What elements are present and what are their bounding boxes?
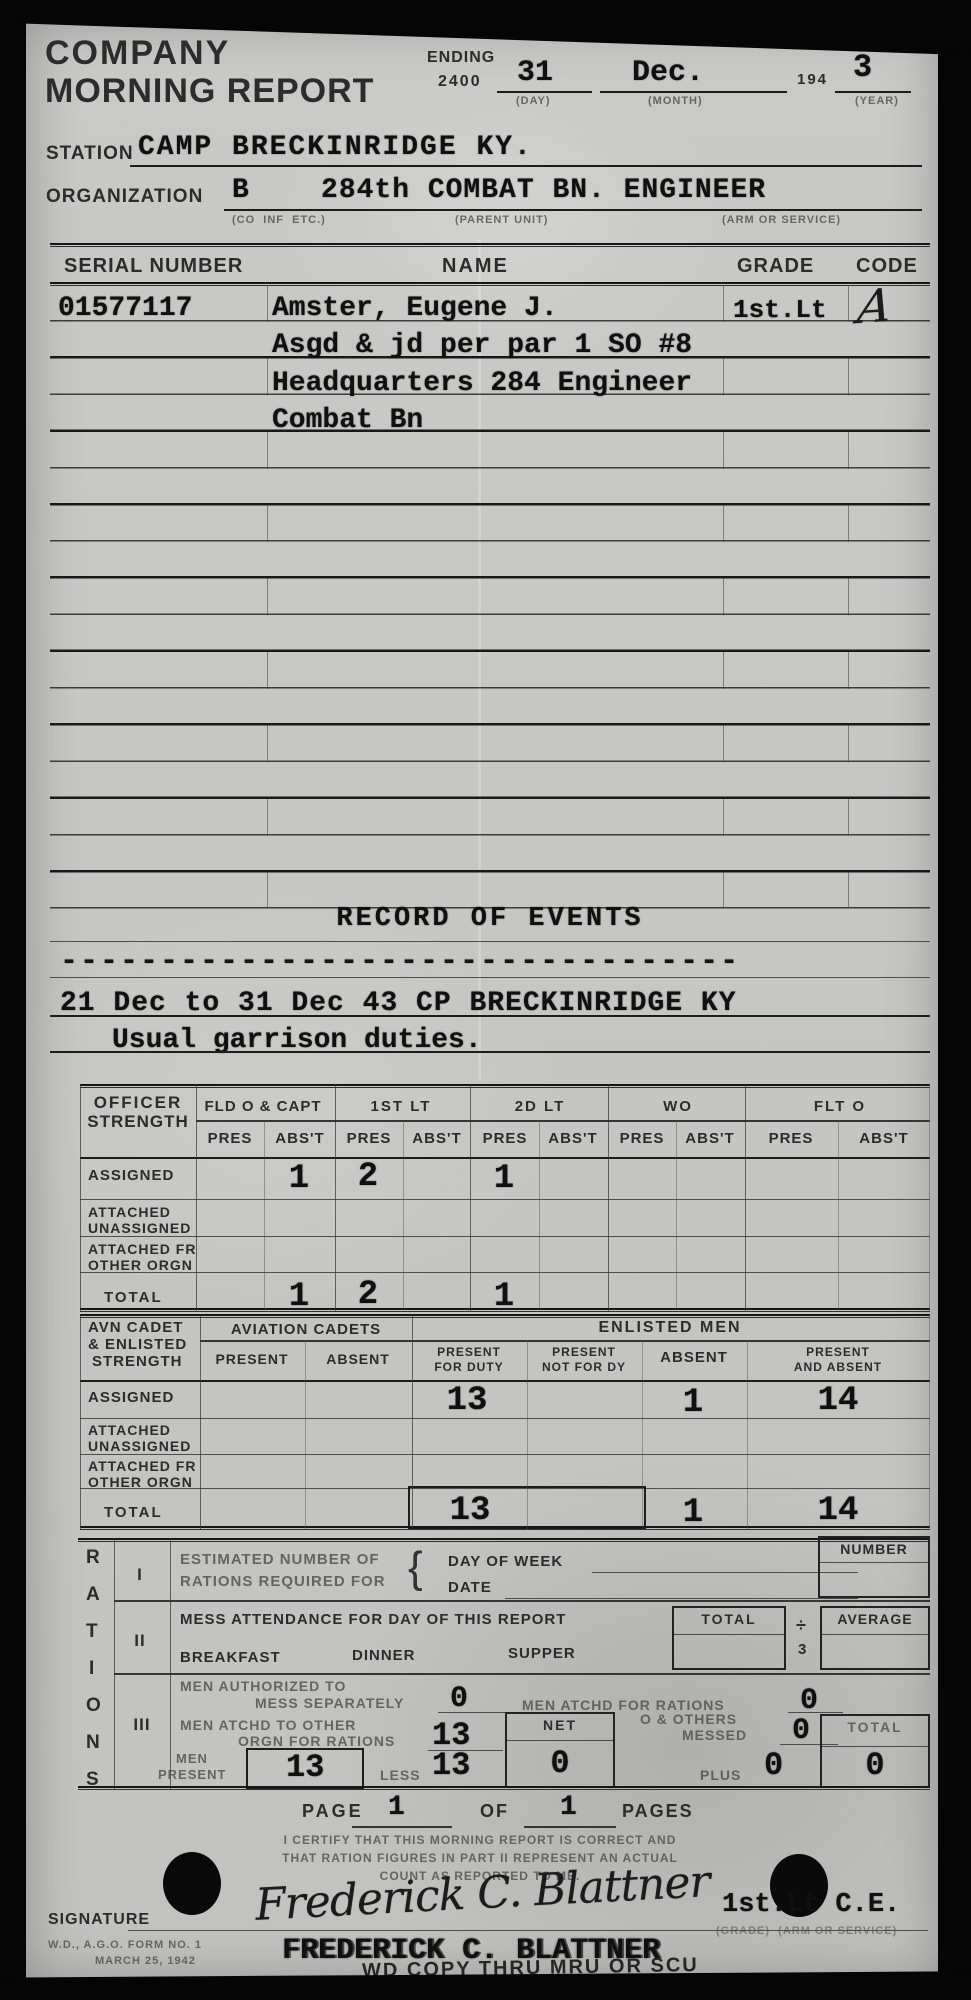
less-label: LESS bbox=[380, 1768, 421, 1782]
rule bbox=[80, 1526, 930, 1530]
rule bbox=[80, 1308, 930, 1312]
officer-total-1lt-pres: 2 bbox=[358, 1278, 378, 1312]
org-sub-company: (CO INF ETC.) bbox=[232, 215, 326, 226]
enlisted-assigned-pa: 14 bbox=[818, 1384, 859, 1418]
breakfast-label: BREAKFAST bbox=[180, 1650, 281, 1665]
rule bbox=[745, 1084, 746, 1312]
plus-value: 0 bbox=[764, 1750, 783, 1782]
rule bbox=[114, 1673, 930, 1675]
rule bbox=[80, 1454, 930, 1455]
enlisted-total-absent: 1 bbox=[683, 1496, 703, 1530]
enlisted-col-pfd-1: PRESENT bbox=[437, 1346, 501, 1358]
rule bbox=[130, 165, 922, 167]
rule bbox=[50, 243, 930, 247]
enlisted-total-pfd: 13 bbox=[450, 1494, 491, 1528]
officer-subcol-abst: ABS'T bbox=[275, 1131, 324, 1146]
rations-letter-i: I bbox=[89, 1659, 95, 1678]
dinner-label: DINNER bbox=[352, 1648, 416, 1663]
officer-subcol-pres: PRES bbox=[483, 1131, 528, 1146]
rule bbox=[80, 1314, 930, 1318]
rule bbox=[412, 1314, 413, 1530]
roster-code-handwritten: A bbox=[855, 282, 893, 330]
rations-part2-numeral: II bbox=[134, 1632, 145, 1649]
rations-letter-o: O bbox=[86, 1696, 102, 1715]
officer-group-2d-lt: 2D LT bbox=[515, 1099, 566, 1114]
events-typed-divider: ---------------------------------- bbox=[60, 947, 740, 977]
day-of-week-label: DAY OF WEEK bbox=[448, 1554, 563, 1569]
morning-report-scan: COMPANY MORNING REPORT ENDING 2400 31 (D… bbox=[0, 0, 971, 2000]
plus-label: PLUS bbox=[700, 1768, 741, 1782]
officer-subcol-abst: ABS'T bbox=[859, 1131, 908, 1146]
officer-row-attached-unassigned-1: ATTACHED bbox=[88, 1205, 171, 1219]
rule bbox=[50, 1015, 930, 1017]
rule bbox=[264, 1120, 265, 1312]
officer-group-flt-o: FLT O bbox=[814, 1099, 866, 1114]
rule bbox=[114, 1538, 115, 1790]
rule bbox=[642, 1340, 643, 1530]
roster-divider-serial bbox=[267, 285, 268, 907]
roster-remark-line1: Asgd & jd per par 1 SO #8 bbox=[272, 332, 692, 360]
page-label: PAGE bbox=[302, 1802, 364, 1820]
rule bbox=[50, 977, 930, 978]
rule bbox=[80, 1084, 930, 1088]
rule bbox=[524, 1826, 616, 1828]
form-id-line1: W.D., A.G.O. FORM NO. 1 bbox=[48, 1940, 202, 1951]
officer-subcol-pres: PRES bbox=[208, 1131, 253, 1146]
rule bbox=[820, 1562, 928, 1563]
officer-row-attached-fr-2: OTHER ORGN bbox=[88, 1258, 193, 1272]
rule bbox=[470, 1084, 471, 1312]
enlisted-col-pnfd-1: PRESENT bbox=[552, 1346, 616, 1358]
grade-arm-sub-label: (GRADE) (ARM OR SERVICE) bbox=[716, 1926, 897, 1937]
rule bbox=[78, 1786, 930, 1790]
form-title-line1: COMPANY bbox=[45, 36, 230, 70]
signer-grade-value: 1st.Lt C.E. bbox=[722, 1892, 900, 1919]
men-atchd-other-line2: ORGN FOR RATIONS bbox=[238, 1734, 395, 1748]
rule bbox=[80, 1418, 930, 1419]
roster-col-name: NAME bbox=[442, 256, 509, 276]
men-atchd-rations-label: MEN ATCHD FOR RATIONS bbox=[522, 1698, 725, 1712]
enlisted-group-enlisted-men: ENLISTED MEN bbox=[598, 1320, 741, 1336]
date-label: DATE bbox=[448, 1580, 492, 1595]
men-atchd-other-line1: MEN ATCHD TO OTHER bbox=[180, 1718, 356, 1732]
rule bbox=[80, 1199, 930, 1200]
officer-assigned-1lt-pres: 2 bbox=[358, 1160, 378, 1194]
enlisted-assigned-pfd: 13 bbox=[447, 1384, 488, 1418]
rule bbox=[196, 1120, 930, 1122]
enlisted-col-pa-1: PRESENT bbox=[806, 1346, 870, 1358]
signature-label: SIGNATURE bbox=[48, 1912, 150, 1928]
rations-brace: { bbox=[408, 1546, 424, 1590]
rule bbox=[747, 1340, 748, 1530]
enlisted-row-attached-fr-2: OTHER ORGN bbox=[88, 1475, 193, 1489]
roster-col-serial: SERIAL NUMBER bbox=[64, 256, 243, 276]
men-authorized-line2: MESS SEPARATELY bbox=[255, 1696, 404, 1710]
rule bbox=[838, 1120, 839, 1312]
enlisted-row-attached-unassigned-2: UNASSIGNED bbox=[88, 1439, 191, 1453]
rule bbox=[305, 1340, 306, 1530]
rule bbox=[50, 1051, 930, 1053]
station-value: CAMP BRECKINRIDGE KY. bbox=[138, 134, 533, 162]
divide-sign: ÷ bbox=[796, 1616, 807, 1634]
rule bbox=[507, 1740, 613, 1741]
punch-hole-left bbox=[163, 1852, 221, 1915]
form-id-line2: MARCH 25, 1942 bbox=[95, 1956, 196, 1967]
rations-total-label: TOTAL bbox=[847, 1720, 902, 1734]
enlisted-col-absent: ABSENT bbox=[326, 1352, 390, 1366]
organization-label: ORGANIZATION bbox=[46, 187, 203, 206]
rule bbox=[200, 1314, 201, 1530]
others-messed-line1: O & OTHERS bbox=[640, 1712, 737, 1726]
page-value: 1 bbox=[388, 1794, 405, 1822]
rule bbox=[78, 1538, 930, 1542]
pages-label: PAGES bbox=[622, 1802, 694, 1820]
rations-letter-r: R bbox=[86, 1548, 101, 1567]
officer-strength-label-2: STRENGTH bbox=[87, 1113, 189, 1130]
rule bbox=[196, 1084, 197, 1312]
divide-by-3: 3 bbox=[798, 1642, 807, 1657]
rule bbox=[929, 1314, 930, 1530]
enlisted-row-attached-unassigned-1: ATTACHED bbox=[88, 1423, 171, 1437]
roster-remark-line3: Combat Bn bbox=[272, 407, 423, 435]
rule bbox=[600, 91, 787, 93]
rule bbox=[674, 1634, 784, 1635]
rule bbox=[608, 1084, 609, 1312]
rule bbox=[80, 1084, 81, 1312]
rations-part3-numeral: III bbox=[133, 1716, 150, 1733]
rations-letter-t: T bbox=[86, 1622, 99, 1641]
enlisted-row-attached-fr-1: ATTACHED FR bbox=[88, 1459, 196, 1473]
rations-estimated-line2: RATIONS REQUIRED FOR bbox=[180, 1574, 386, 1589]
officer-assigned-fld-abst: 1 bbox=[289, 1162, 309, 1196]
roster-ruled-lines bbox=[50, 320, 930, 909]
rule bbox=[80, 1272, 930, 1273]
officer-row-total: TOTAL bbox=[104, 1290, 163, 1305]
men-authorized-value: 0 bbox=[450, 1684, 468, 1714]
enlisted-strength-label-1: AVN CADET bbox=[88, 1320, 183, 1335]
organization-value: B 284th COMBAT BN. ENGINEER bbox=[232, 177, 766, 205]
roster-serial-value: 01577117 bbox=[58, 295, 192, 323]
men-present-value: 13 bbox=[286, 1752, 324, 1784]
year-sub-label: (YEAR) bbox=[855, 96, 899, 107]
rule bbox=[929, 1084, 930, 1312]
rule bbox=[50, 941, 930, 942]
enlisted-assigned-absent: 1 bbox=[683, 1386, 703, 1420]
men-authorized-line1: MEN AUTHORIZED TO bbox=[180, 1679, 346, 1693]
rule bbox=[788, 1712, 843, 1713]
ending-time: 2400 bbox=[438, 74, 482, 90]
officer-row-attached-unassigned-2: UNASSIGNED bbox=[88, 1221, 191, 1235]
enlisted-col-pnfd-2: NOT FOR DY bbox=[542, 1361, 626, 1373]
rule bbox=[224, 209, 922, 211]
net-label: NET bbox=[543, 1718, 577, 1732]
rule bbox=[438, 1712, 508, 1713]
rule bbox=[80, 1314, 81, 1530]
supper-label: SUPPER bbox=[508, 1646, 576, 1661]
rule bbox=[335, 1084, 336, 1312]
day-value: 31 bbox=[517, 58, 553, 88]
enlisted-group-cadets: AVIATION CADETS bbox=[231, 1322, 381, 1337]
enlisted-col-pa-2: AND ABSENT bbox=[794, 1361, 882, 1373]
scan-border-left bbox=[0, 0, 26, 2000]
officer-subcol-pres: PRES bbox=[347, 1131, 392, 1146]
others-messed-value: 0 bbox=[792, 1716, 810, 1746]
officer-row-assigned: ASSIGNED bbox=[88, 1168, 174, 1183]
roster-col-code: CODE bbox=[856, 256, 918, 276]
enlisted-strength-label-3: STRENGTH bbox=[92, 1354, 183, 1369]
mess-attendance-heading: MESS ATTENDANCE FOR DAY OF THIS REPORT bbox=[180, 1612, 566, 1627]
rations-total-value: 0 bbox=[865, 1750, 884, 1782]
day-sub-label: (DAY) bbox=[516, 96, 551, 107]
roster-name-value: Amster, Eugene J. bbox=[272, 295, 558, 323]
officer-row-attached-fr-1: ATTACHED FR bbox=[88, 1242, 196, 1256]
rule bbox=[676, 1120, 677, 1312]
org-sub-arm: (ARM OR SERVICE) bbox=[722, 215, 841, 226]
rule bbox=[835, 91, 911, 93]
year-prefix: 194 bbox=[797, 72, 828, 87]
enlisted-col-pfd-2: FOR DUTY bbox=[434, 1361, 503, 1373]
enlisted-col-present: PRESENT bbox=[215, 1352, 288, 1366]
pages-value: 1 bbox=[560, 1794, 577, 1822]
station-label: STATION bbox=[46, 144, 134, 163]
roster-remark-line2: Headquarters 284 Engineer bbox=[272, 370, 692, 398]
rations-letter-n: N bbox=[86, 1733, 101, 1752]
rule bbox=[527, 1340, 528, 1530]
enlisted-row-assigned: ASSIGNED bbox=[88, 1390, 174, 1405]
events-title: RECORD OF EVENTS bbox=[336, 906, 643, 933]
officer-group-1st-lt: 1ST LT bbox=[371, 1099, 432, 1114]
enlisted-row-total: TOTAL bbox=[104, 1505, 163, 1520]
officer-subcol-pres: PRES bbox=[620, 1131, 665, 1146]
officer-subcol-abst: ABS'T bbox=[685, 1131, 734, 1146]
officer-subcol-abst: ABS'T bbox=[548, 1131, 597, 1146]
others-messed-line2: MESSED bbox=[682, 1728, 747, 1742]
rule bbox=[822, 1634, 928, 1635]
form-title-line2: MORNING REPORT bbox=[45, 74, 374, 108]
officer-subcol-pres: PRES bbox=[769, 1131, 814, 1146]
less-value: 13 bbox=[432, 1750, 470, 1782]
enlisted-strength-label-2: & ENLISTED bbox=[88, 1337, 187, 1352]
officer-strength-label-1: OFFICER bbox=[94, 1094, 183, 1111]
scan-border-right bbox=[938, 0, 971, 2000]
rule bbox=[80, 1157, 930, 1159]
month-value: Dec. bbox=[632, 58, 704, 88]
net-value: 0 bbox=[550, 1748, 569, 1780]
rule bbox=[403, 1120, 404, 1312]
average-label: AVERAGE bbox=[837, 1612, 912, 1626]
rule bbox=[497, 91, 592, 93]
officer-group-wo: WO bbox=[663, 1099, 693, 1114]
officer-group-fld-capt: FLD O & CAPT bbox=[205, 1099, 322, 1114]
rule bbox=[50, 282, 930, 286]
rule bbox=[114, 1600, 930, 1602]
mess-total-label: TOTAL bbox=[701, 1612, 756, 1626]
of-label: OF bbox=[480, 1802, 509, 1820]
rule bbox=[352, 1826, 452, 1828]
roster-divider-grade bbox=[723, 285, 724, 907]
rule bbox=[80, 1236, 930, 1237]
rule bbox=[80, 1380, 930, 1382]
men-present-line1: MEN bbox=[176, 1752, 208, 1765]
year-value: 3 bbox=[853, 52, 872, 84]
rule bbox=[505, 1598, 858, 1599]
rule bbox=[170, 1538, 171, 1790]
rule bbox=[200, 1340, 930, 1342]
officer-subcol-abst: ABS'T bbox=[412, 1131, 461, 1146]
rations-letter-a: A bbox=[86, 1585, 101, 1604]
rations-part1-numeral: I bbox=[137, 1566, 143, 1583]
rations-estimated-line1: ESTIMATED NUMBER OF bbox=[180, 1552, 380, 1567]
events-entry-line1: 21 Dec to 31 Dec 43 CP BRECKINRIDGE KY bbox=[60, 990, 737, 1018]
month-sub-label: (MONTH) bbox=[648, 96, 703, 107]
certify-line1: I CERTIFY THAT THIS MORNING REPORT IS CO… bbox=[284, 1834, 677, 1846]
roster-col-grade: GRADE bbox=[737, 256, 814, 276]
enlisted-col-em-absent: ABSENT bbox=[660, 1350, 728, 1365]
roster-divider-code bbox=[848, 285, 849, 907]
number-box-label: NUMBER bbox=[840, 1542, 907, 1556]
men-present-line2: PRESENT bbox=[158, 1768, 226, 1781]
rule bbox=[539, 1120, 540, 1312]
ending-label: ENDING bbox=[427, 50, 495, 66]
org-sub-parent: (PARENT UNIT) bbox=[455, 215, 548, 226]
roster-grade-value: 1st.Lt bbox=[733, 297, 827, 323]
officer-assigned-2lt-pres: 1 bbox=[494, 1162, 514, 1196]
enlisted-total-pa: 14 bbox=[818, 1494, 859, 1528]
